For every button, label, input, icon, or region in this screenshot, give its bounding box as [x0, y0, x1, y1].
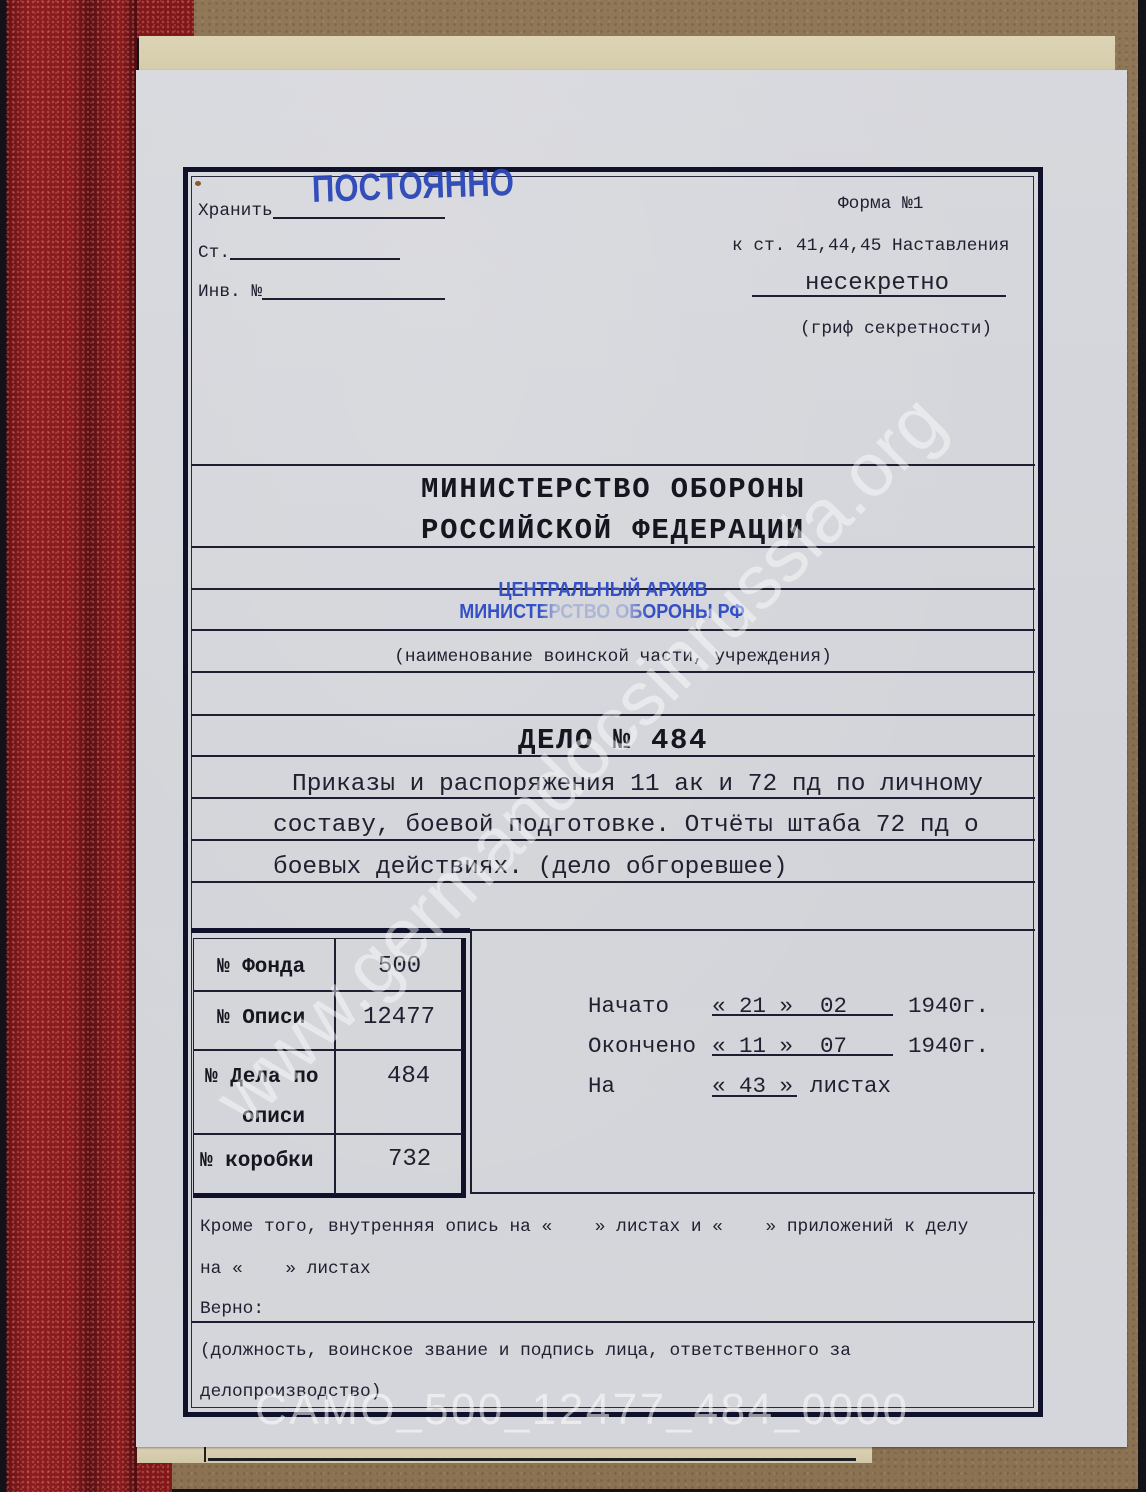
- box-label: № коробки: [200, 1151, 313, 1172]
- inventory-label: Инв. №: [198, 284, 262, 302]
- sheets-suffix: листах: [810, 1075, 891, 1098]
- keep-underline: [273, 217, 445, 219]
- permanent-storage-stamp: ПОСТОЯННО: [311, 164, 514, 209]
- article-label: Ст.: [198, 245, 230, 263]
- table-row-rule: [193, 1133, 462, 1135]
- beige-sheet-tick: [204, 1447, 206, 1462]
- responsible-caption: (должность, воинское звание и подпись ли…: [200, 1343, 851, 1361]
- fond-label: № Фонда: [217, 957, 305, 978]
- row-rule: [191, 839, 1035, 841]
- ended-label: Окончено: [588, 1035, 696, 1058]
- unit-caption: (наименование воинской части, учреждения…: [191, 649, 1035, 667]
- file-description-line: составу, боевой подготовке. Отчёты штаба…: [273, 814, 979, 839]
- form-reference: к ст. 41,44,45 Наставления: [732, 238, 1009, 256]
- archive-stamp-line-1: ЦЕНТРАЛЬНЫЙ АРХИВ: [498, 579, 707, 600]
- row-rule: [191, 881, 1035, 883]
- ended-year: 1940г.: [908, 1035, 989, 1058]
- row-rule: [470, 1192, 1035, 1194]
- row-rule: [468, 929, 1035, 931]
- row-rule: [191, 629, 1035, 631]
- form-number: Форма №1: [838, 196, 923, 214]
- row-rule: [191, 1321, 1035, 1323]
- ended-underline: [712, 1054, 893, 1056]
- beige-sheet-rule: [208, 1458, 856, 1461]
- internal-inventory-text-cont: на « » листах: [200, 1261, 371, 1279]
- classification-value: несекретно: [805, 272, 949, 296]
- started-year: 1940г.: [908, 995, 989, 1018]
- classification-underline: [752, 295, 1006, 297]
- certified-label: Верно:: [200, 1301, 264, 1319]
- sheets-label: На: [588, 1075, 615, 1098]
- ministry-line-2: РОССИЙСКОЙ ФЕДЕРАЦИИ: [191, 516, 1035, 545]
- document-scan: Хранить ПОСТОЯННО Ст. Инв. № Форма №1 к …: [0, 0, 1146, 1492]
- file-description-line: Приказы и распоряжения 11 ак и 72 пд по …: [292, 773, 983, 798]
- archive-code-watermark: CAMO_500_12477_484_0000: [255, 1388, 909, 1432]
- classification-caption: (гриф секретности): [800, 321, 992, 339]
- internal-inventory-text: Кроме того, внутренняя опись на « » лист…: [200, 1219, 968, 1237]
- table-side-rule: [470, 929, 472, 1194]
- started-label: Начато: [588, 995, 669, 1018]
- sheets-underline: [712, 1095, 797, 1097]
- inventory-underline: [262, 298, 445, 300]
- keep-label: Хранить: [198, 203, 273, 221]
- delo-value: 484: [387, 1065, 430, 1089]
- article-underline: [230, 258, 400, 260]
- box-value: 732: [388, 1148, 431, 1172]
- started-underline: [712, 1014, 893, 1016]
